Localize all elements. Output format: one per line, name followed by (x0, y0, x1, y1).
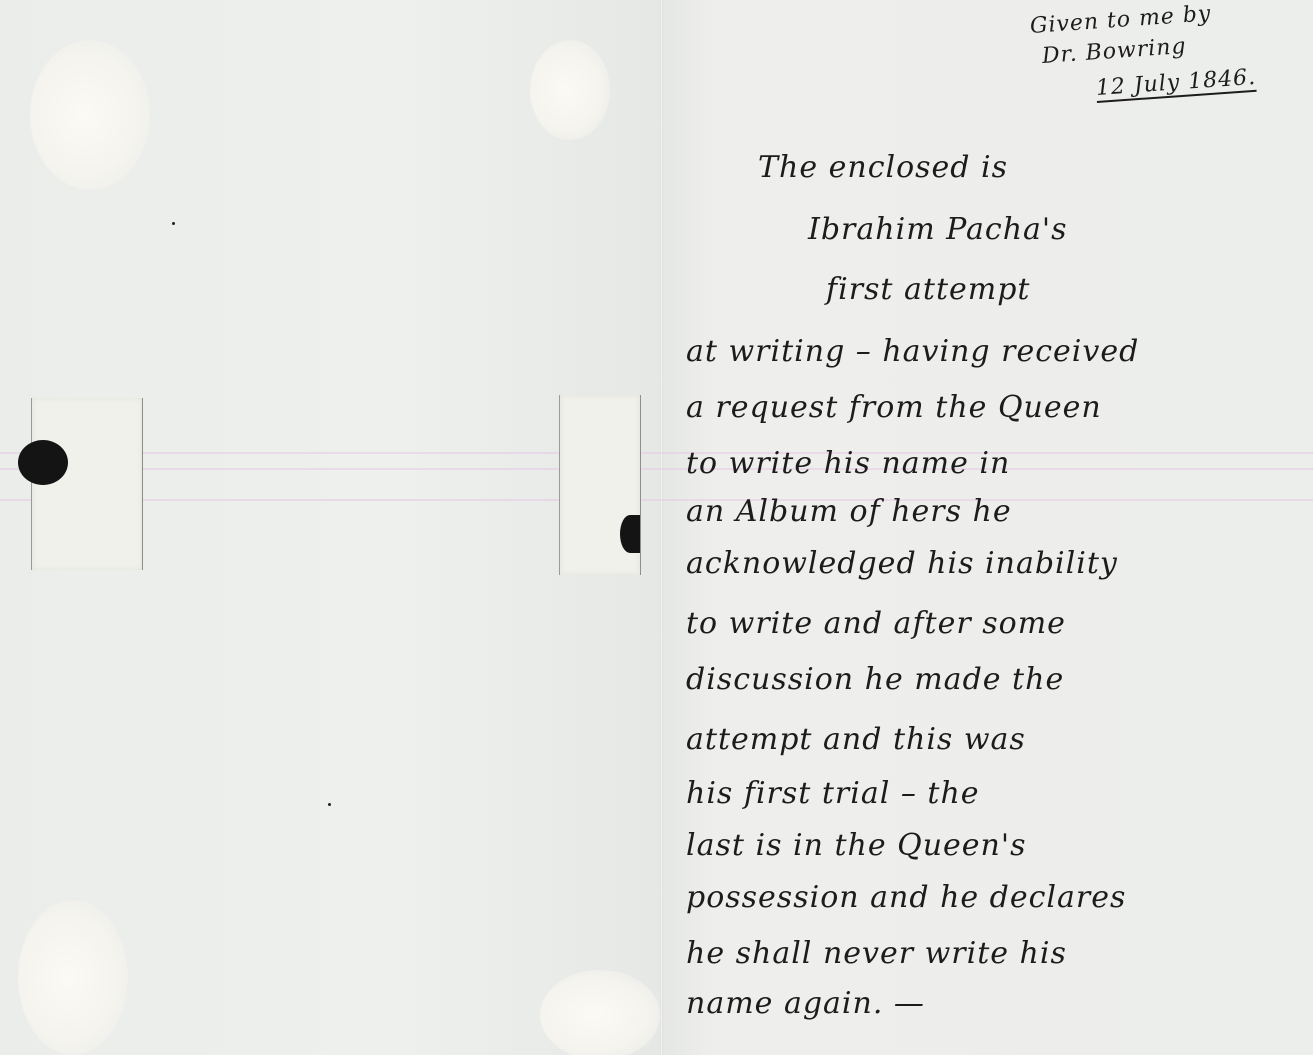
glue-spot-bottom-right (540, 970, 660, 1055)
letter-line: at writing – having received (686, 334, 1139, 369)
letter-line: an Album of hers he (686, 494, 1012, 529)
letter-line: name again. — (686, 986, 925, 1021)
letter-line: to write his name in (686, 446, 1010, 481)
letter-line: possession and he declares (686, 880, 1126, 915)
letter-line: discussion he made the (686, 662, 1064, 697)
wax-seal-right (620, 515, 640, 553)
letter-line: attempt and this was (686, 722, 1026, 757)
letter-line: Ibrahim Pacha's (808, 212, 1068, 247)
letter-spread: Given to me by Dr. Bowring 12 July 1846.… (0, 0, 1313, 1055)
letter-line: he shall never write his (686, 936, 1067, 971)
glue-spot-top-right (530, 40, 610, 140)
letter-line: first attempt (826, 272, 1030, 307)
ruled-line (0, 499, 1313, 501)
glue-spot-top-left (30, 40, 150, 190)
ruled-line (0, 452, 1313, 454)
letter-line: to write and after some (686, 606, 1066, 641)
letter-line: last is in the Queen's (686, 828, 1027, 863)
ink-dot (328, 803, 331, 806)
letter-line: his first trial – the (686, 776, 980, 811)
ruled-line (0, 468, 1313, 470)
ink-dot (172, 222, 175, 225)
letter-line: acknowledged his inability (686, 546, 1118, 581)
letter-line: a request from the Queen (686, 390, 1102, 425)
letter-line: The enclosed is (758, 150, 1008, 185)
wax-seal-left (18, 440, 68, 485)
page-fold (660, 0, 663, 1055)
glue-spot-bottom-left (18, 900, 128, 1055)
